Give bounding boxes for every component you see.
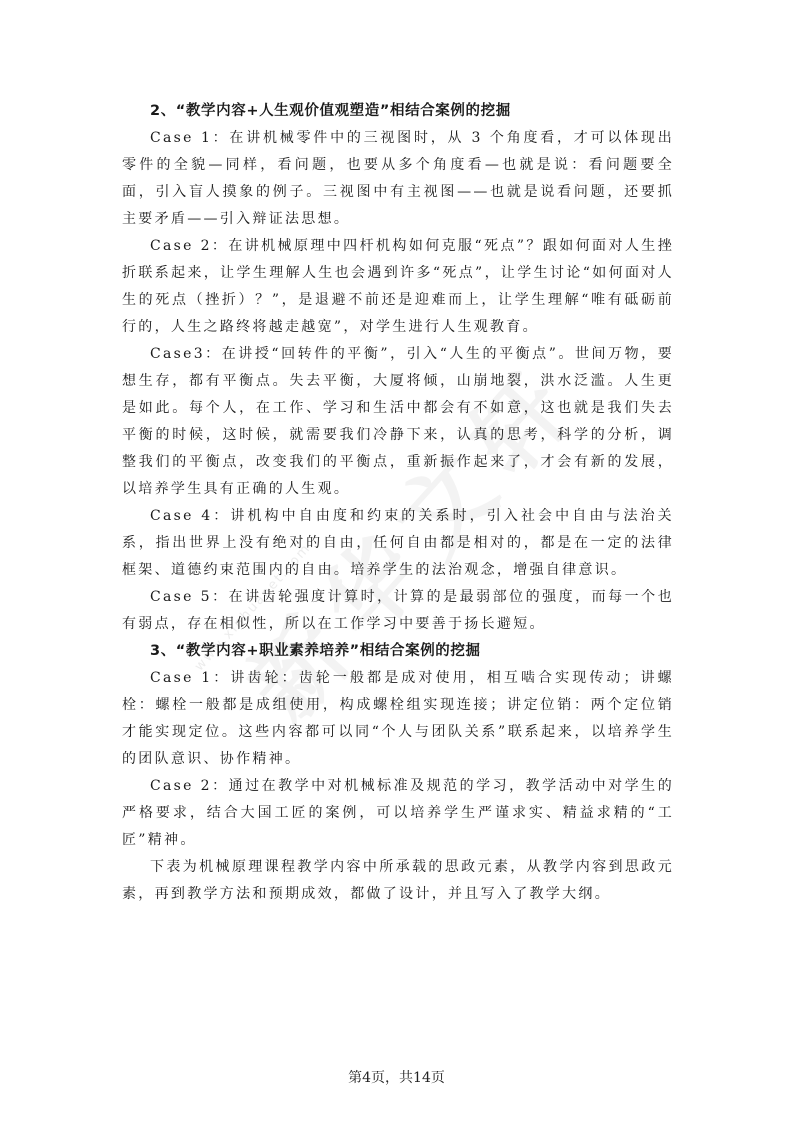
page-content: 2、“教学内容+人生观价值观塑造”相结合案例的挖掘 Case 1：在讲机械零件中… <box>122 98 674 908</box>
paragraph-case-1: Case 1：在讲机械零件中的三视图时，从 3 个角度看，才可以体现出零件的全貌… <box>122 125 674 233</box>
section-heading: 3、“教学内容+职业素养培养”相结合案例的挖掘 <box>122 638 674 665</box>
paragraph-case-5: Case 5：在讲齿轮强度计算时，计算的是最弱部位的强度，而每一个也有弱点，存在… <box>122 584 674 638</box>
section-heading: 2、“教学内容+人生观价值观塑造”相结合案例的挖掘 <box>122 98 674 125</box>
paragraph-table-intro: 下表为机械原理课程教学内容中所承载的思政元素，从教学内容到思政元素，再到教学方法… <box>122 854 674 908</box>
paragraph-case-4: Case 4：讲机构中自由度和约束的关系时，引入社会中自由与法治关系，指出世界上… <box>122 503 674 584</box>
section-professional-quality: 3、“教学内容+职业素养培养”相结合案例的挖掘 Case 1：讲齿轮：齿轮一般都… <box>122 638 674 908</box>
paragraph-case-3: Case3：在讲授“回转件的平衡”，引入“人生的平衡点”。世间万物，要想生存，都… <box>122 341 674 503</box>
paragraph-case-2: Case 2：在讲机械原理中四杆机构如何克服“死点”？跟如何面对人生挫折联系起来… <box>122 233 674 341</box>
paragraph-case-2: Case 2：通过在教学中对机械标准及规范的学习，教学活动中对学生的严格要求，结… <box>122 773 674 854</box>
paragraph-case-1: Case 1：讲齿轮：齿轮一般都是成对使用，相互啮合实现传动；讲螺栓：螺栓一般都… <box>122 665 674 773</box>
section-life-values: 2、“教学内容+人生观价值观塑造”相结合案例的挖掘 Case 1：在讲机械零件中… <box>122 98 674 638</box>
page-number: 第4页，共14页 <box>0 1067 793 1087</box>
document-page: 新华文轩 www.xinhuanet.com 2、“教学内容+人生观价值观塑造”… <box>0 0 793 1122</box>
